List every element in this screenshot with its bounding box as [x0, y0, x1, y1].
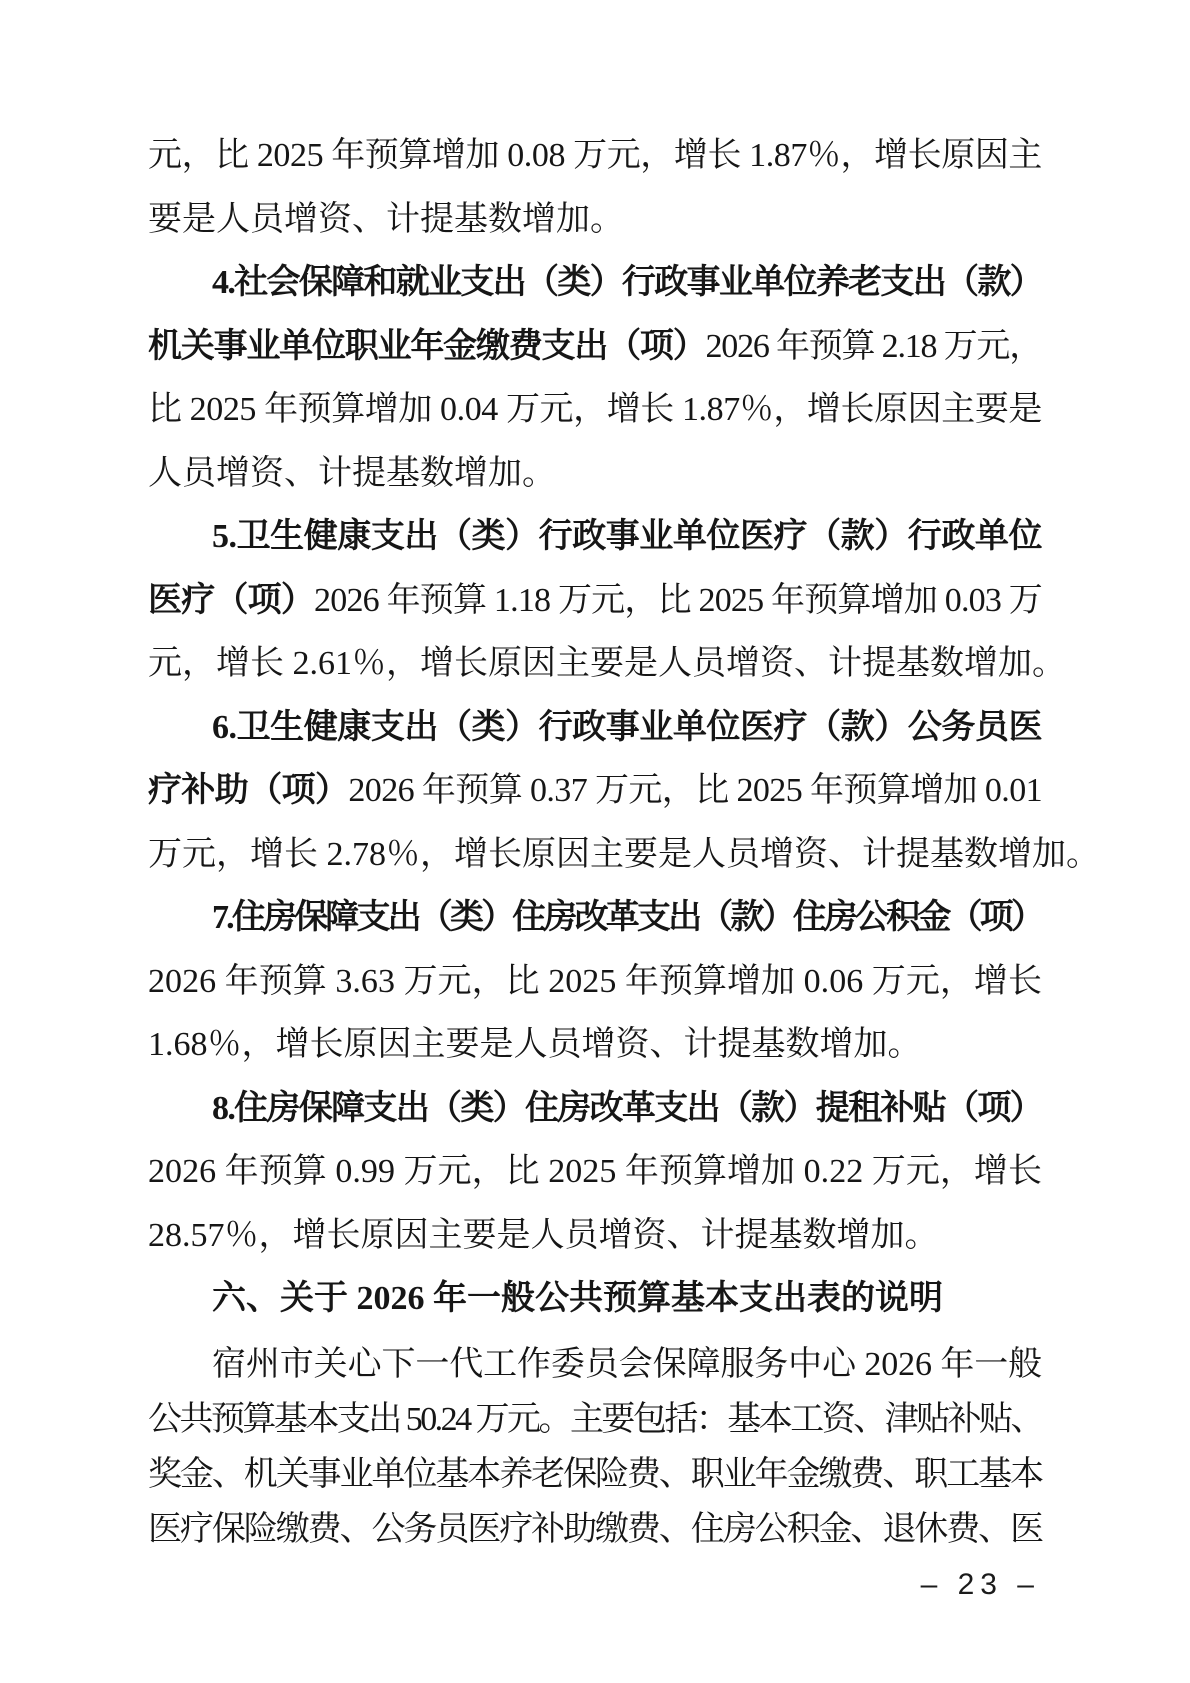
- line-text: 疗补助（项）2026 年预算 0.37 万元，比 2025 年预算增加 0.01: [148, 772, 1042, 809]
- text-segment: 2026 年预算 1.18 万元，比 2025 年预算增加 0.03 万: [314, 582, 1042, 619]
- line-text: 5.卫生健康支出（类）行政事业单位医疗（款）行政单位: [212, 518, 1042, 555]
- line-text: 4.社会保障和就业支出（类）行政事业单位养老支出（款）: [212, 264, 1042, 301]
- line-text: 宿州市关心下一代工作委员会保障服务中心 2026 年一般: [212, 1346, 1042, 1383]
- text-segment: 2026 年预算 0.37 万元，比 2025 年预算增加 0.01: [348, 772, 1042, 809]
- bold-text-segment: 6.卫生健康支出（类）行政事业单位医疗（款）公务员医: [212, 709, 1042, 746]
- text-segment: 奖金、机关事业单位基本养老保险费、职业年金缴费、职工基本: [148, 1456, 1042, 1493]
- para-3-continuation-line-2: 要是人员增资、计提基数增加。: [148, 188, 1042, 252]
- text-segment: 2026 年预算 2.18 万元，: [706, 328, 1043, 365]
- line-text: 2026 年预算 0.99 万元，比 2025 年预算增加 0.22 万元，增长: [148, 1153, 1042, 1190]
- item-5-line-3: 元，增长 2.61％，增长原因主要是人员增资、计提基数增加。: [148, 632, 1042, 696]
- bold-text-segment: 7.住房保障支出（类）住房改革支出（款）住房公积金（项）: [212, 899, 1042, 936]
- section-6-heading: 六、关于 2026 年一般公共预算基本支出表的说明: [148, 1267, 1042, 1331]
- text-segment: 1.68％，增长原因主要是人员增资、计提基数增加。: [148, 1026, 922, 1063]
- text-segment: 2026 年预算 0.99 万元，比 2025 年预算增加 0.22 万元，增长: [148, 1153, 1042, 1190]
- basic-expenditure-paragraph: 宿州市关心下一代工作委员会保障服务中心 2026 年一般公共预算基本支出 50.…: [148, 1337, 1042, 1557]
- line-text: 元，增长 2.61％，增长原因主要是人员增资、计提基数增加。: [148, 645, 1066, 682]
- line-text: 奖金、机关事业单位基本养老保险费、职业年金缴费、职工基本: [148, 1456, 1042, 1493]
- text-segment: 要是人员增资、计提基数增加。: [148, 201, 624, 238]
- item-7-heading-line: 7.住房保障支出（类）住房改革支出（款）住房公积金（项）: [148, 886, 1042, 950]
- basic-para-line-4: 医疗保险缴费、公务员医疗补助缴费、住房公积金、退休费、医: [148, 1502, 1042, 1557]
- bold-text-segment: 5.卫生健康支出（类）行政事业单位医疗（款）行政单位: [212, 518, 1042, 555]
- document-content: 元，比 2025 年预算增加 0.08 万元，增长 1.87％，增长原因主要是人…: [148, 124, 1042, 1557]
- bold-text-segment: 六、关于 2026 年一般公共预算基本支出表的说明: [212, 1280, 943, 1317]
- page-number: – 23 –: [921, 1568, 1040, 1602]
- item-4-line-2: 机关事业单位职业年金缴费支出（项）2026 年预算 2.18 万元，: [148, 315, 1042, 379]
- text-segment: 人员增资、计提基数增加。: [148, 455, 556, 492]
- line-text: 万元，增长 2.78％，增长原因主要是人员增资、计提基数增加。: [148, 836, 1100, 873]
- item-4-line-3: 比 2025 年预算增加 0.04 万元，增长 1.87％，增长原因主要是: [148, 378, 1042, 442]
- text-segment: 元，增长 2.61％，增长原因主要是人员增资、计提基数增加。: [148, 645, 1066, 682]
- line-text: 机关事业单位职业年金缴费支出（项）2026 年预算 2.18 万元，: [148, 328, 1042, 365]
- budget-items-text-block: 元，比 2025 年预算增加 0.08 万元，增长 1.87％，增长原因主要是人…: [148, 124, 1042, 1331]
- item-8-heading-line: 8.住房保障支出（类）住房改革支出（款）提租补贴（项）: [148, 1077, 1042, 1141]
- text-segment: 宿州市关心下一代工作委员会保障服务中心 2026 年一般: [212, 1346, 1042, 1383]
- item-7-line-2: 2026 年预算 3.63 万元，比 2025 年预算增加 0.06 万元，增长: [148, 950, 1042, 1014]
- bold-text-segment: 疗补助（项）: [148, 772, 348, 809]
- bold-text-segment: 医疗（项）: [148, 582, 314, 619]
- basic-para-line-2: 公共预算基本支出 50.24 万元。主要包括：基本工资、津贴补贴、: [148, 1392, 1042, 1447]
- line-text: 1.68％，增长原因主要是人员增资、计提基数增加。: [148, 1026, 922, 1063]
- text-segment: 2026 年预算 3.63 万元，比 2025 年预算增加 0.06 万元，增长: [148, 963, 1042, 1000]
- basic-para-line-3: 奖金、机关事业单位基本养老保险费、职业年金缴费、职工基本: [148, 1447, 1042, 1502]
- line-text: 比 2025 年预算增加 0.04 万元，增长 1.87％，增长原因主要是: [148, 391, 1042, 428]
- text-segment: 医疗保险缴费、公务员医疗补助缴费、住房公积金、退休费、医: [148, 1511, 1042, 1548]
- line-text: 医疗保险缴费、公务员医疗补助缴费、住房公积金、退休费、医: [148, 1511, 1042, 1548]
- line-text: 元，比 2025 年预算增加 0.08 万元，增长 1.87％，增长原因主: [148, 137, 1042, 174]
- text-segment: 元，比 2025 年预算增加 0.08 万元，增长 1.87％，增长原因主: [148, 137, 1042, 174]
- line-text: 2026 年预算 3.63 万元，比 2025 年预算增加 0.06 万元，增长: [148, 963, 1042, 1000]
- item-6-heading-line: 6.卫生健康支出（类）行政事业单位医疗（款）公务员医: [148, 696, 1042, 760]
- bold-text-segment: 4.社会保障和就业支出（类）行政事业单位养老支出（款）: [212, 264, 1042, 301]
- line-text: 公共预算基本支出 50.24 万元。主要包括：基本工资、津贴补贴、: [148, 1401, 1042, 1438]
- item-5-line-2: 医疗（项）2026 年预算 1.18 万元，比 2025 年预算增加 0.03 …: [148, 569, 1042, 633]
- basic-para-line-1: 宿州市关心下一代工作委员会保障服务中心 2026 年一般: [148, 1337, 1042, 1392]
- line-text: 6.卫生健康支出（类）行政事业单位医疗（款）公务员医: [212, 709, 1042, 746]
- bold-text-segment: 机关事业单位职业年金缴费支出（项）: [148, 328, 706, 365]
- item-5-heading-line: 5.卫生健康支出（类）行政事业单位医疗（款）行政单位: [148, 505, 1042, 569]
- item-8-line-2: 2026 年预算 0.99 万元，比 2025 年预算增加 0.22 万元，增长: [148, 1140, 1042, 1204]
- bold-text-segment: 8.住房保障支出（类）住房改革支出（款）提租补贴（项）: [212, 1090, 1042, 1127]
- line-text: 要是人员增资、计提基数增加。: [148, 201, 624, 238]
- item-8-line-3: 28.57％，增长原因主要是人员增资、计提基数增加。: [148, 1204, 1042, 1268]
- para-3-continuation-line-1: 元，比 2025 年预算增加 0.08 万元，增长 1.87％，增长原因主: [148, 124, 1042, 188]
- line-text: 人员增资、计提基数增加。: [148, 455, 556, 492]
- text-segment: 公共预算基本支出 50.24 万元。主要包括：基本工资、津贴补贴、: [148, 1401, 1042, 1438]
- line-text: 7.住房保障支出（类）住房改革支出（款）住房公积金（项）: [212, 899, 1042, 936]
- text-segment: 比 2025 年预算增加 0.04 万元，增长 1.87％，增长原因主要是: [148, 391, 1042, 428]
- item-7-line-3: 1.68％，增长原因主要是人员增资、计提基数增加。: [148, 1013, 1042, 1077]
- text-segment: 28.57％，增长原因主要是人员增资、计提基数增加。: [148, 1217, 939, 1254]
- line-text: 28.57％，增长原因主要是人员增资、计提基数增加。: [148, 1217, 939, 1254]
- document-page: 元，比 2025 年预算增加 0.08 万元，增长 1.87％，增长原因主要是人…: [0, 0, 1190, 1683]
- line-text: 医疗（项）2026 年预算 1.18 万元，比 2025 年预算增加 0.03 …: [148, 582, 1042, 619]
- item-6-line-2: 疗补助（项）2026 年预算 0.37 万元，比 2025 年预算增加 0.01: [148, 759, 1042, 823]
- line-text: 六、关于 2026 年一般公共预算基本支出表的说明: [212, 1280, 943, 1317]
- item-4-line-4: 人员增资、计提基数增加。: [148, 442, 1042, 506]
- text-segment: 万元，增长 2.78％，增长原因主要是人员增资、计提基数增加。: [148, 836, 1100, 873]
- item-4-heading-line: 4.社会保障和就业支出（类）行政事业单位养老支出（款）: [148, 251, 1042, 315]
- line-text: 8.住房保障支出（类）住房改革支出（款）提租补贴（项）: [212, 1090, 1042, 1127]
- item-6-line-3: 万元，增长 2.78％，增长原因主要是人员增资、计提基数增加。: [148, 823, 1042, 887]
